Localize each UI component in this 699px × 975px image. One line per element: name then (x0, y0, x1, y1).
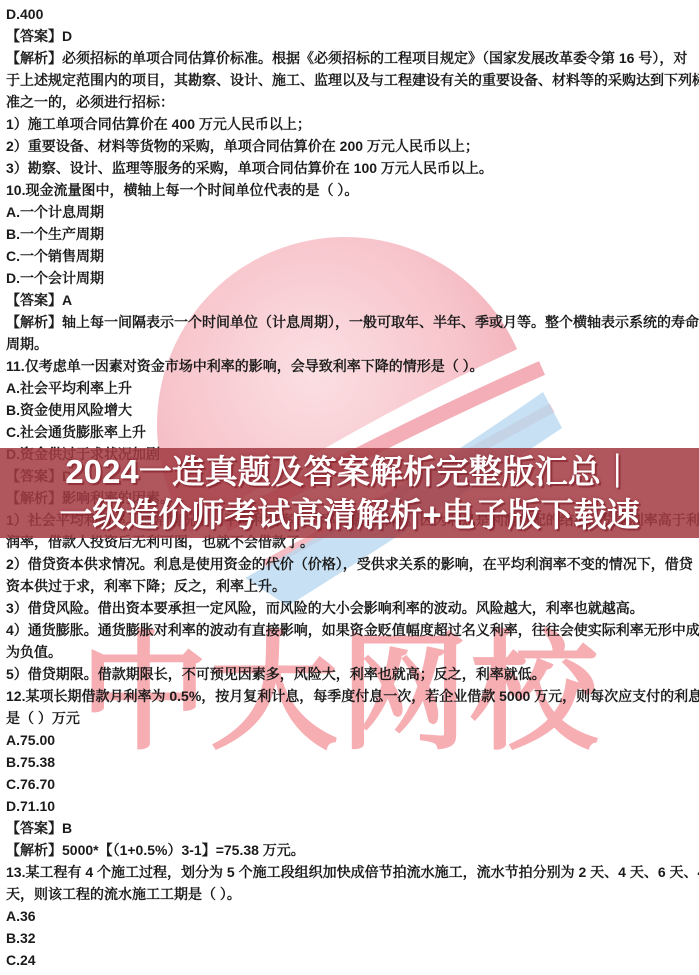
text-line: 10.现金流量图中，横轴上每一个时间单位代表的是（ ）。 (6, 179, 699, 201)
text-line: 13.某工程有 4 个施工过程，划分为 5 个施工段组织加快成倍节拍流水施工，流… (6, 861, 699, 883)
document-page: 中大网校 D.400 【答案】D 【解析】必须招标的单项合同估算价标准。根据《必… (0, 0, 699, 975)
text-line: 【解析】5000*【（1+0.5%）3-1】=75.38 万元。 (6, 839, 699, 861)
text-line: A.36 (6, 905, 699, 927)
text-line: A.75.00 (6, 729, 699, 751)
text-line: C.24 (6, 949, 699, 971)
text-line: 2）借贷资本供求情况。利息是使用资金的代价（价格），受供求关系的影响，在平均利润… (6, 553, 699, 575)
text-line: 11.仅考虑单一因素对资金市场中利率的影响，会导致利率下降的情形是（ ）。 (6, 355, 699, 377)
text-line: 【答案】B (6, 817, 699, 839)
text-line: D.一个会计周期 (6, 267, 699, 289)
text-line: 天，则该工程的流水施工工期是（ ）。 (6, 883, 699, 905)
text-line: 是（ ）万元 (6, 707, 699, 729)
text-line: 3）借贷风险。借出资本要承担一定风险，而风险的大小会影响利率的波动。风险越大，利… (6, 597, 699, 619)
text-line: 资本供过于求，利率下降；反之，利率上升。 (6, 575, 699, 597)
text-line: 为负值。 (6, 641, 699, 663)
text-line: 12.某项长期借款月利率为 0.5%，按月复利计息，每季度付息一次，若企业借款 … (6, 685, 699, 707)
text-line: B.32 (6, 927, 699, 949)
text-line: A.一个计息周期 (6, 201, 699, 223)
text-line: C.一个销售周期 (6, 245, 699, 267)
text-line: 5）借贷期限。借款期限长，不可预见因素多，风险大，利率也就高；反之，利率就低。 (6, 663, 699, 685)
text-line: C.76.70 (6, 773, 699, 795)
promo-banner-title: 2024一造真题及答案解析完整版汇总｜ (65, 452, 633, 492)
text-line: D.71.10 (6, 795, 699, 817)
promo-banner-subtitle: 一级造价师考试高清解析+电子版下载速 (59, 495, 639, 535)
text-line: 【解析】轴上每一间隔表示一个时间单位（计息周期），一般可取年、半年、季或月等。整… (6, 311, 699, 333)
text-line: 2）重要设备、材料等货物的采购，单项合同估算价在 200 万元人民币以上； (6, 135, 699, 157)
text-line: B.一个生产周期 (6, 223, 699, 245)
promo-banner[interactable]: 2024一造真题及答案解析完整版汇总｜ 一级造价师考试高清解析+电子版下载速 (0, 448, 699, 538)
text-line: 【答案】A (6, 289, 699, 311)
text-line: 于上述规定范围内的项目，其勘察、设计、施工、监理以及与工程建设有关的重要设备、材… (6, 69, 699, 91)
text-line: 1）施工单项合同估算价在 400 万元人民币以上； (6, 113, 699, 135)
text-line: 【解析】必须招标的单项合同估算价标准。根据《必须招标的工程项目规定》（国家发展改… (6, 47, 699, 69)
text-line: 【答案】D (6, 25, 699, 47)
text-line: 4）通货膨胀。通货膨胀对利率的波动有直接影响，如果资金贬值幅度超过名义利率，往往… (6, 619, 699, 641)
text-line: A.社会平均利率上升 (6, 377, 699, 399)
text-line: B.资金使用风险增大 (6, 399, 699, 421)
text-line: 准之一的，必须进行招标： (6, 91, 699, 113)
text-line: C.社会通货膨胀率上升 (6, 421, 699, 443)
text-line: 3）勘察、设计、监理等服务的采购，单项合同估算价在 100 万元人民币以上。 (6, 157, 699, 179)
text-line: D.400 (6, 3, 699, 25)
text-line: 周期。 (6, 333, 699, 355)
text-line: B.75.38 (6, 751, 699, 773)
